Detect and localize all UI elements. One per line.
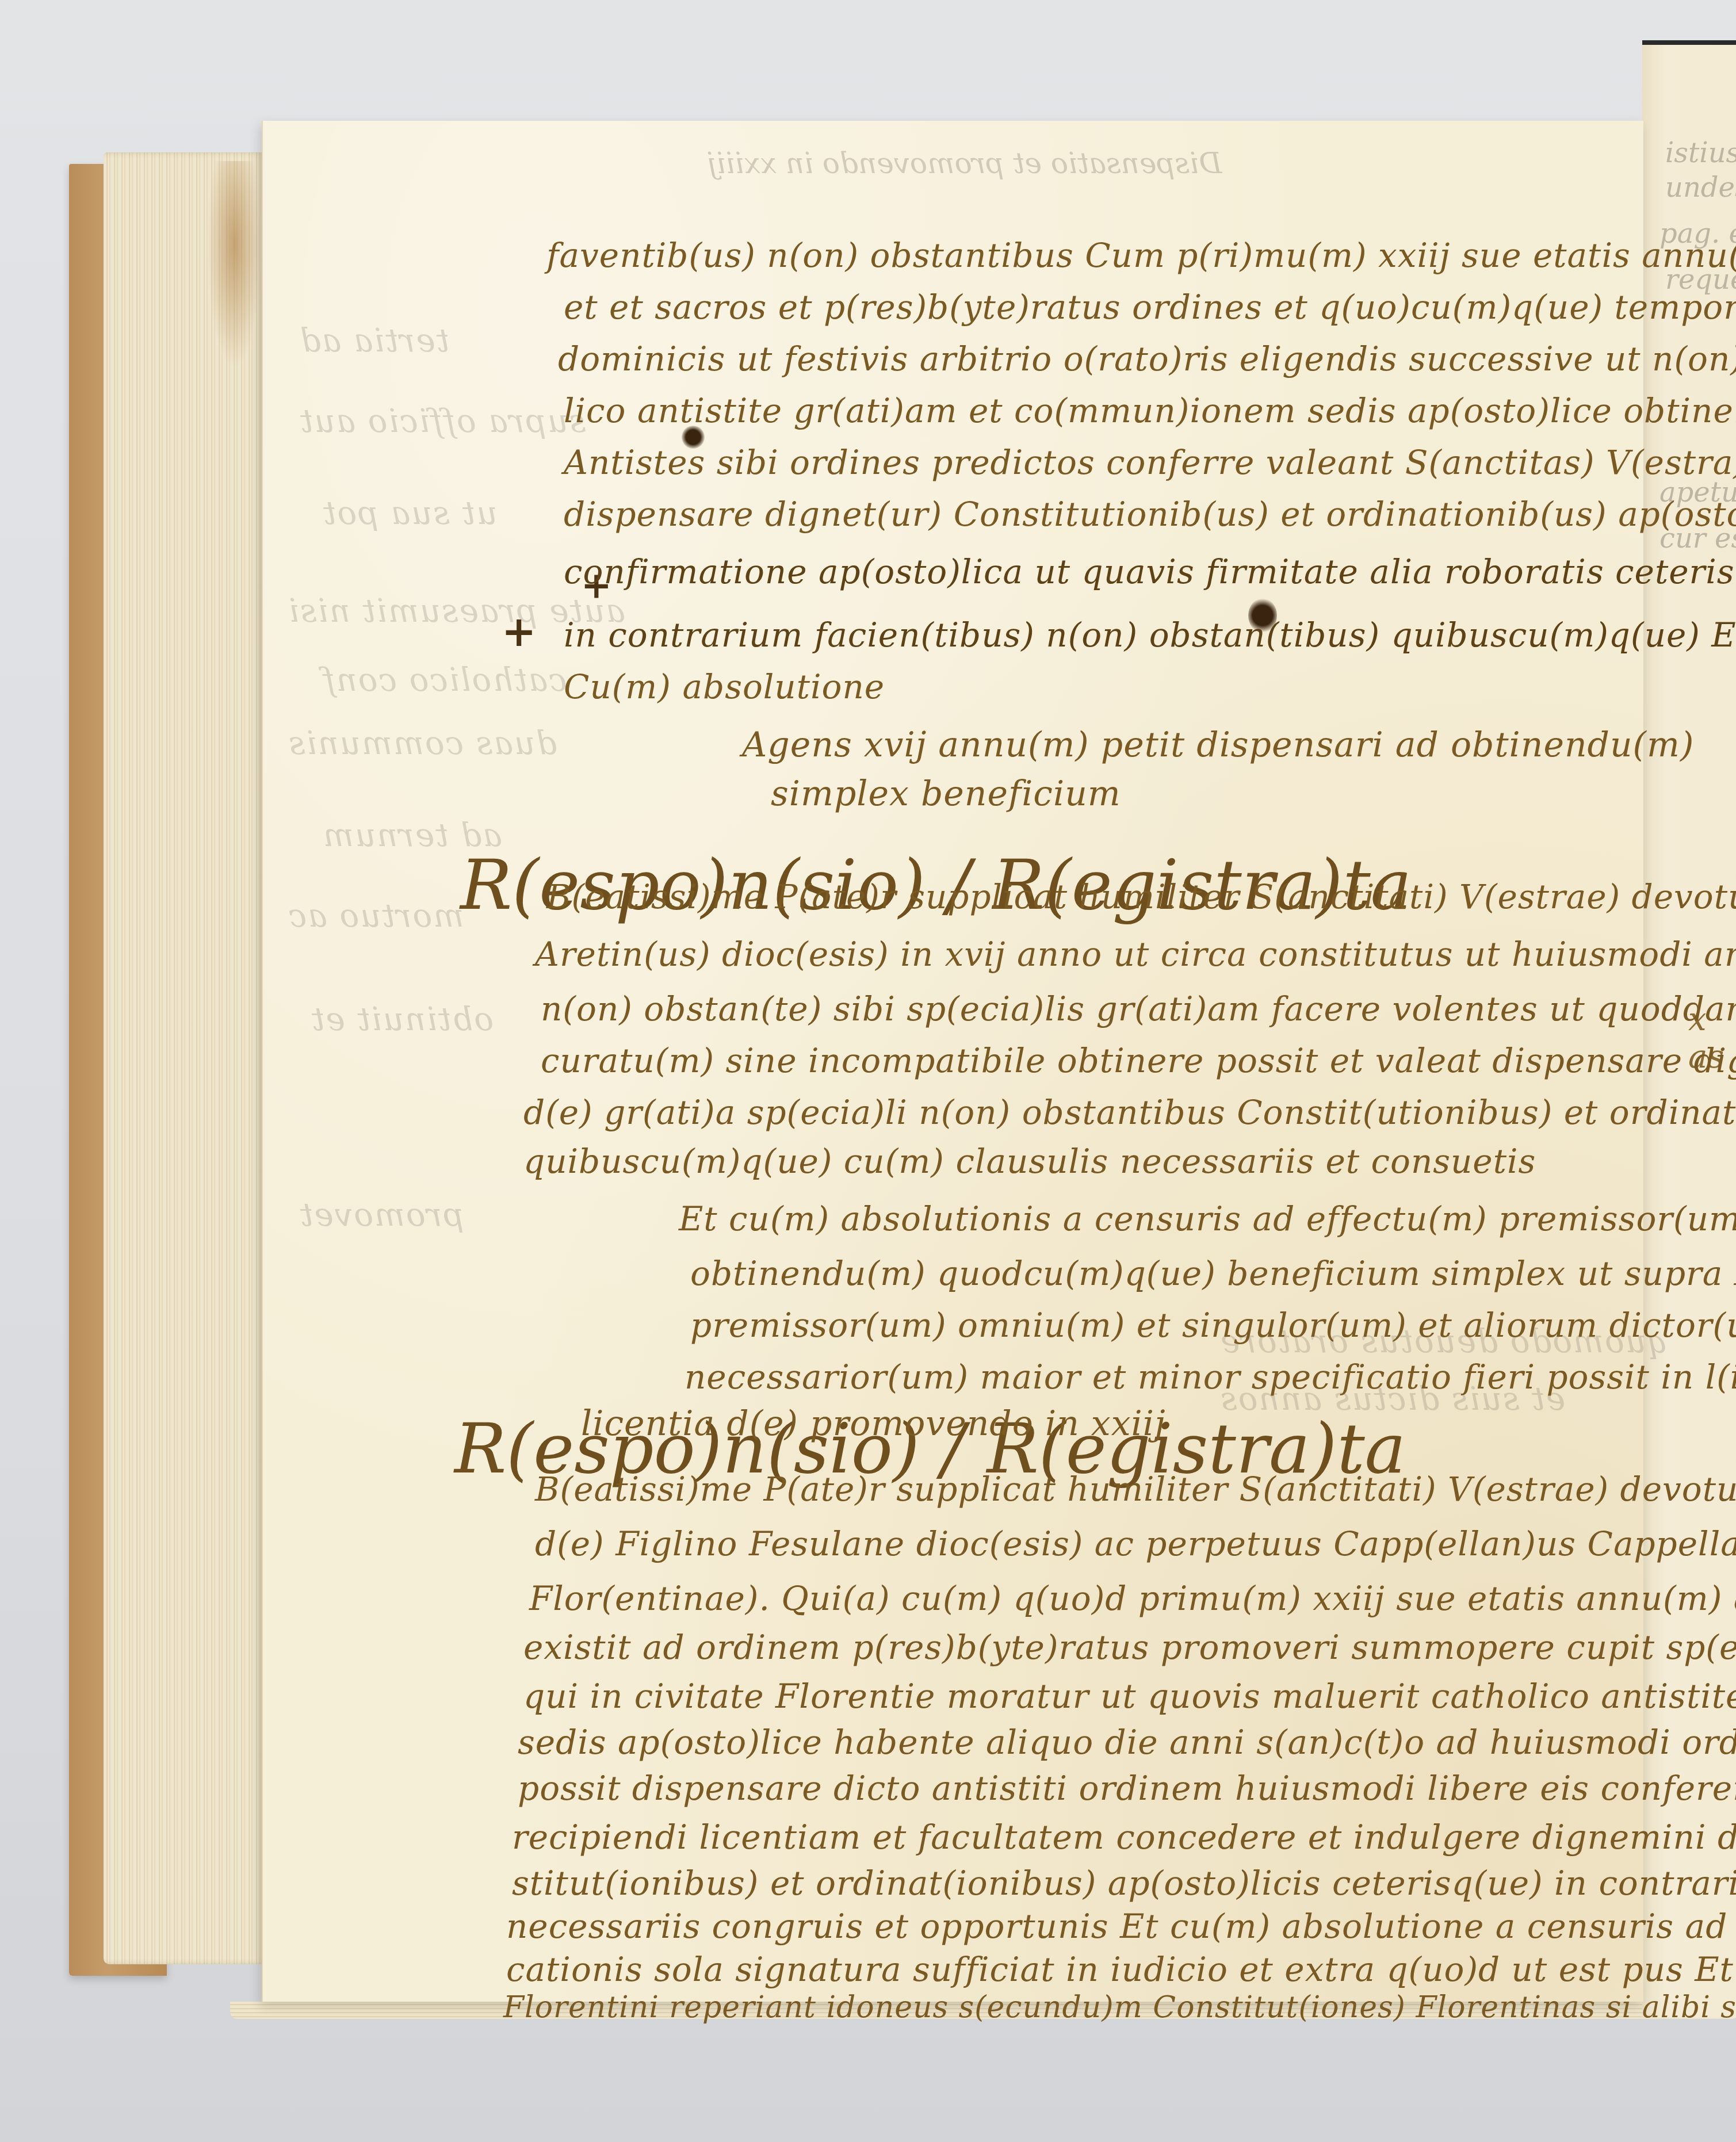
bleedthrough-text: obtinuit et [311,1001,494,1038]
manuscript-line: in contrarium facien(tibus) n(on) obstan… [564,615,1736,655]
manuscript-line: cationis sola signatura sufficiat in iud… [506,1950,1736,1989]
bleedthrough-text: catholico conf [322,661,567,699]
manuscript-line: B(eatissi)me P(ate)r supplicat humiliter… [535,1470,1736,1509]
manuscript-line: Flor(entinae). Qui(a) cu(m) q(uo)d primu… [529,1579,1736,1618]
manuscript-line: Cu(m) absolutione [564,667,885,706]
manuscript-line: obtinendu(m) quodcu(m)q(ue) beneficium s… [690,1254,1736,1293]
manuscript-line: et et sacros et p(res)b(yte)ratus ordine… [564,288,1736,327]
bleedthrough-text: ut sua pot [322,495,497,532]
facing-bleed-line: undes [1665,171,1736,204]
manuscript-line: recipiendi licentiam et facultatem conce… [512,1818,1736,1857]
manuscript-line: quibuscu(m)q(ue) cu(m) clausulis necessa… [523,1142,1536,1181]
summary-heading: licentia d(e) promovendo in xxiij [581,1403,1166,1444]
manuscript-line: Aretin(us) dioc(esis) in xvij anno ut ci… [535,935,1736,974]
manuscript-line: sedis ap(osto)lice habente aliquo die an… [518,1723,1736,1762]
manuscript-line: possit dispensare dicto antistiti ordine… [518,1769,1736,1808]
bleedthrough-text: tertia ad [299,322,449,359]
manuscript-line: dominicis ut festivis arbitrio o(rato)ri… [558,339,1736,378]
manuscript-line: Florentini reperiant idoneus s(ecundu)m … [503,1990,1736,2025]
manuscript-line: dispensare dignet(ur) Constitutionib(us)… [564,495,1736,534]
summary-heading: simplex beneficium [771,774,1121,814]
manuscript-line: d(e) Figlino Fesulane dioc(esis) ac perp… [535,1524,1736,1563]
manuscript-line: Et cu(m) absolutionis a censuris ad effe… [679,1199,1736,1238]
manuscript-line: existit ad ordinem p(res)b(yte)ratus pro… [523,1628,1736,1667]
bleedthrough-text: promovet [299,1196,464,1234]
water-stain [207,161,262,368]
bleedthrough-text: mortuo ac [288,897,464,935]
manuscript-line: premissor(um) omniu(m) et singulor(um) e… [690,1306,1736,1345]
manuscript-line: d(e) gr(ati)a sp(ecia)li n(on) obstantib… [523,1093,1736,1132]
manuscript-line: B(eatissi)me P(ate)r supplicat humiliter… [546,877,1736,916]
manuscript-line: n(on) obstan(te) sibi sp(ecia)lis gr(ati… [541,989,1736,1028]
summary-heading: Agens xvij annu(m) petit dispensari ad o… [742,725,1694,765]
bleedthrough-text: duas communis [288,725,557,762]
facing-bleed-line: istius [1665,137,1736,169]
bleedthrough-text: supra officio aut [299,403,586,440]
manuscript-line: necessarior(um) maior et minor specifica… [685,1357,1736,1397]
bleedthrough-header: Dispensatio et promovendo in xxiiij [708,147,1222,180]
manuscript-line: Antistes sibi ordines predictos conferre… [564,443,1736,482]
manuscript-line: lico antistite gr(ati)am et co(mmun)ione… [564,391,1736,430]
manuscript-line: curatu(m) sine incompatibile obtinere po… [541,1041,1736,1080]
margin-cross-mark: + [502,607,536,656]
manuscript-line: necessariis congruis et opportunis Et cu… [506,1907,1736,1946]
manuscript-line: qui in civitate Florentie moratur ut quo… [523,1677,1736,1716]
page-block-edge [104,152,265,1964]
manuscript-line: confirmatione ap(osto)lica ut quavis fir… [564,552,1736,591]
manuscript-line: faventib(us) n(on) obstantibus Cum p(ri)… [546,236,1736,275]
manuscript-line: stitut(ionibus) et ordinat(ionibus) ap(o… [512,1864,1736,1903]
